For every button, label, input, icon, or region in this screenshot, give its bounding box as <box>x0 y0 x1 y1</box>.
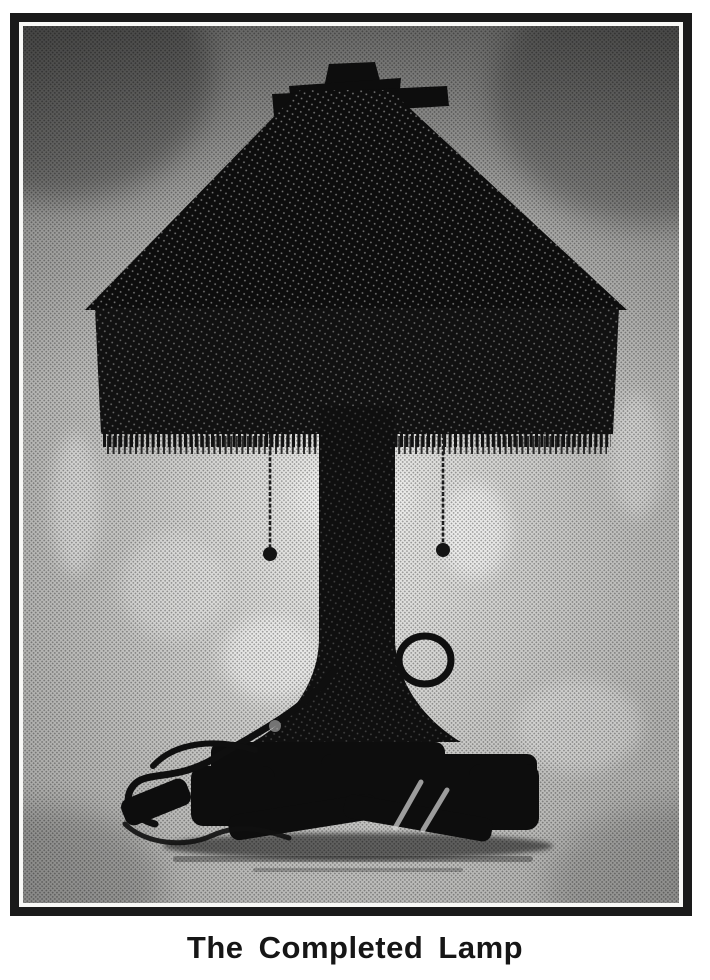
photo-caption: The Completed Lamp <box>0 930 710 966</box>
book-page: The Completed Lamp <box>0 0 710 980</box>
lamp-photograph <box>23 26 679 903</box>
photo-frame <box>10 13 692 916</box>
